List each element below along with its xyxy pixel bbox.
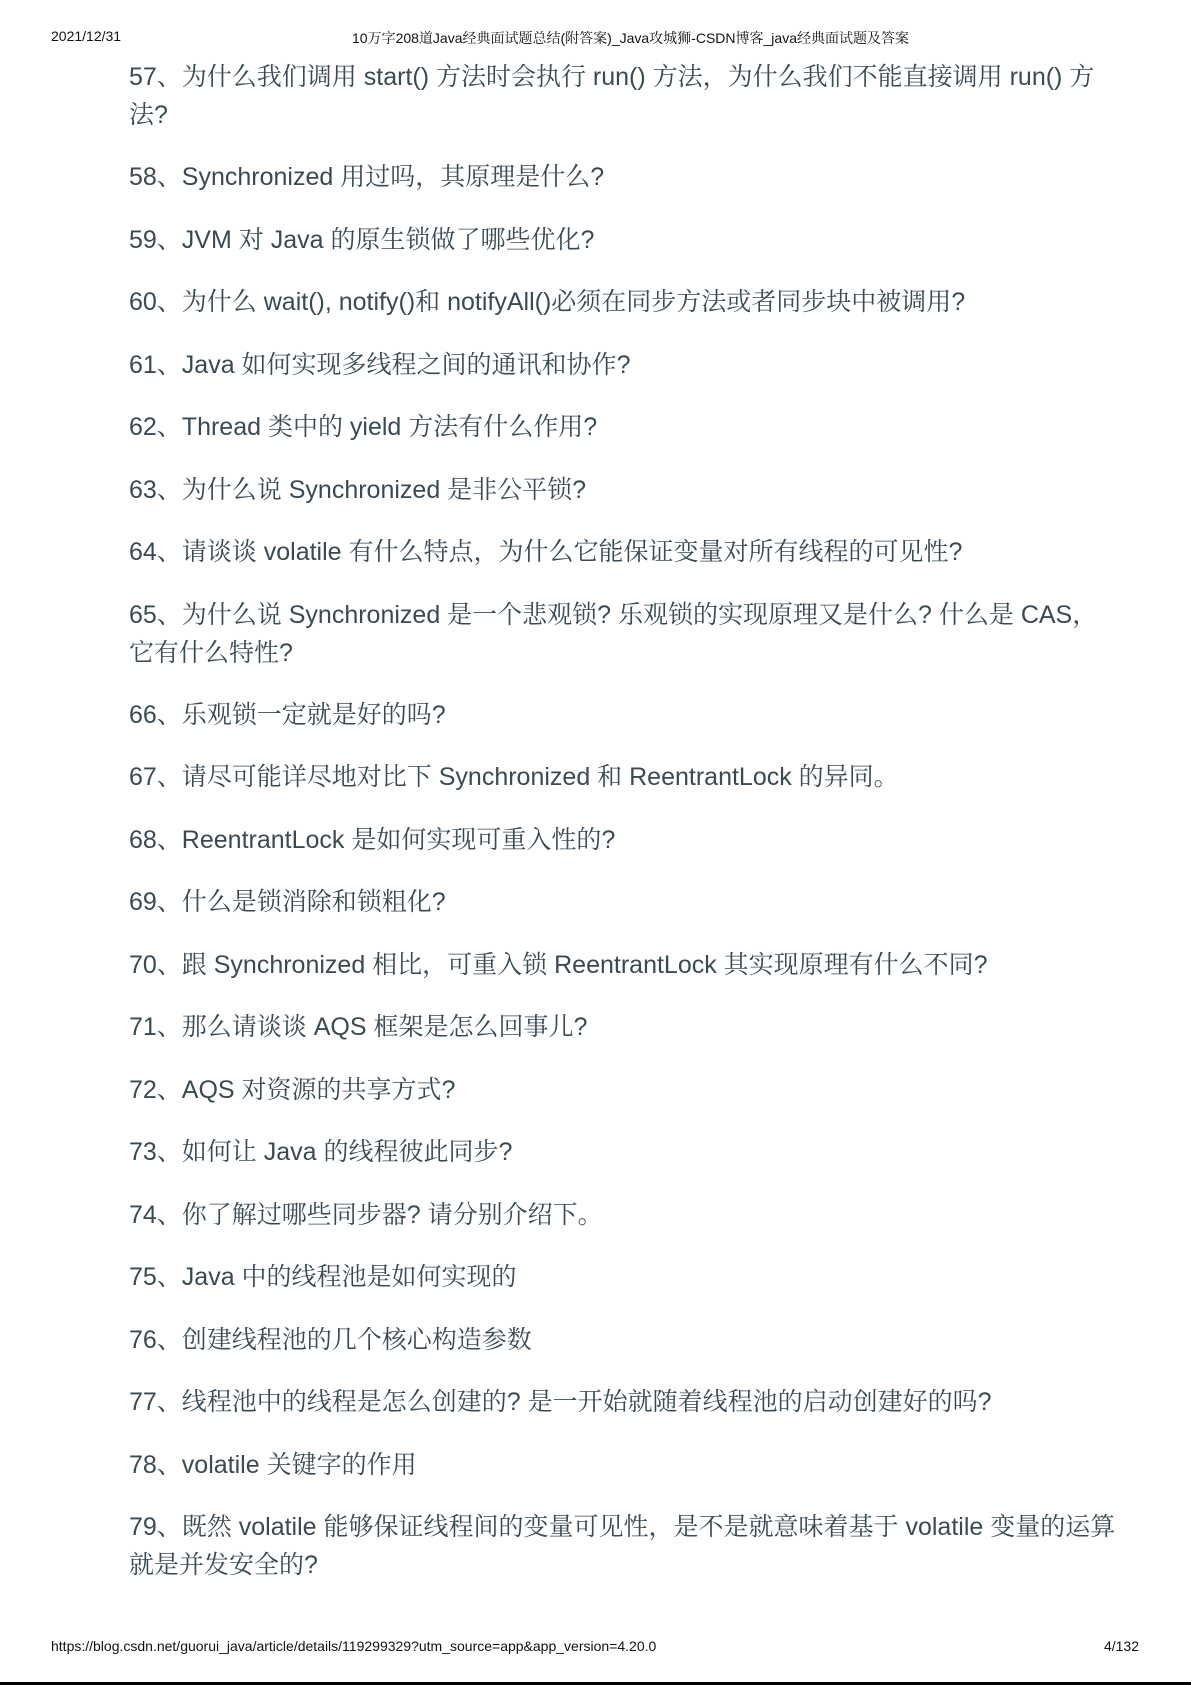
question-item: 58、Synchronized 用过吗，其原理是什么? [129, 158, 1119, 196]
print-footer: https://blog.csdn.net/guorui_java/articl… [0, 1638, 1191, 1658]
source-url: https://blog.csdn.net/guorui_java/articl… [51, 1638, 656, 1654]
question-item: 77、线程池中的线程是怎么创建的? 是一开始就随着线程池的启动创建好的吗? [129, 1383, 1119, 1421]
question-item: 59、JVM 对 Java 的原生锁做了哪些优化? [129, 221, 1119, 259]
question-item: 69、什么是锁消除和锁粗化? [129, 883, 1119, 921]
question-item: 64、请谈谈 volatile 有什么特点，为什么它能保证变量对所有线程的可见性… [129, 533, 1119, 571]
question-item: 76、创建线程池的几个核心构造参数 [129, 1321, 1119, 1359]
question-item: 78、volatile 关键字的作用 [129, 1446, 1119, 1484]
question-item: 61、Java 如何实现多线程之间的通讯和协作? [129, 346, 1119, 384]
question-item: 65、为什么说 Synchronized 是一个悲观锁? 乐观锁的实现原理又是什… [129, 596, 1119, 672]
question-item: 66、乐观锁一定就是好的吗? [129, 696, 1119, 734]
question-item: 72、AQS 对资源的共享方式? [129, 1071, 1119, 1109]
question-item: 62、Thread 类中的 yield 方法有什么作用? [129, 408, 1119, 446]
question-item: 75、Java 中的线程池是如何实现的 [129, 1258, 1119, 1296]
question-item: 74、你了解过哪些同步器? 请分别介绍下。 [129, 1196, 1119, 1234]
document-title: 10万字208道Java经典面试题总结(附答案)_Java攻城狮-CSDN博客_… [0, 28, 1191, 48]
question-item: 68、ReentrantLock 是如何实现可重入性的? [129, 821, 1119, 859]
question-item: 67、请尽可能详尽地对比下 Synchronized 和 ReentrantLo… [129, 758, 1119, 796]
print-header: 2021/12/31 10万字208道Java经典面试题总结(附答案)_Java… [0, 28, 1191, 48]
question-item: 71、那么请谈谈 AQS 框架是怎么回事儿? [129, 1008, 1119, 1046]
question-item: 60、为什么 wait(), notify()和 notifyAll()必须在同… [129, 283, 1119, 321]
question-item: 73、如何让 Java 的线程彼此同步? [129, 1133, 1119, 1171]
question-item: 79、既然 volatile 能够保证线程间的变量可见性，是不是就意味着基于 v… [129, 1508, 1119, 1584]
question-item: 63、为什么说 Synchronized 是非公平锁? [129, 471, 1119, 509]
question-item: 57、为什么我们调用 start() 方法时会执行 run() 方法，为什么我们… [129, 58, 1119, 134]
page-number: 4/132 [1104, 1638, 1139, 1654]
question-item: 70、跟 Synchronized 相比，可重入锁 ReentrantLock … [129, 946, 1119, 984]
